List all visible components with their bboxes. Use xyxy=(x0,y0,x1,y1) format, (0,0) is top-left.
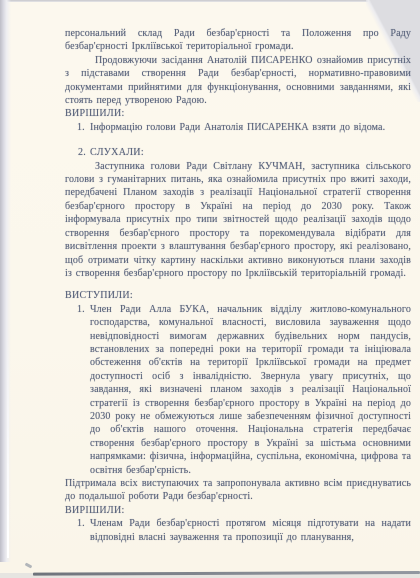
vertical-spacer xyxy=(65,134,411,146)
paragraph-continuation: персональний склад Ради безбар'єрності т… xyxy=(65,27,411,54)
list-marker: 1. xyxy=(77,517,90,544)
resolved-2-item: 1. Членам Ради безбар'єрності протягом м… xyxy=(65,517,411,544)
document-body: персональний склад Ради безбар'єрності т… xyxy=(65,27,411,544)
list-item-text: Інформацію голови Ради Анатолія ПИСАРЕНК… xyxy=(90,121,411,134)
list-item-text: Член Ради Алла БУКА, начальник відділу ж… xyxy=(90,303,411,477)
heading-spoke: ВИСТУПИЛИ: xyxy=(65,289,411,302)
list-item-text: Членам Ради безбар'єрності протягом міся… xyxy=(90,517,411,544)
scan-left-edge xyxy=(0,0,11,562)
scan-left-edge-highlight xyxy=(7,330,9,558)
heading-resolved-2: ВИРІШИЛИ: xyxy=(65,504,411,517)
scanned-page: персональний склад Ради безбар'єрності т… xyxy=(0,0,420,578)
heading-heard: 2. СЛУХАЛИ: xyxy=(78,146,411,159)
heading-resolved-1: ВИРІШИЛИ: xyxy=(65,107,411,120)
paragraph-spoke-closing: Підтримала всіх виступаючих та запропону… xyxy=(65,477,411,504)
list-marker: 1. xyxy=(77,303,90,477)
scan-top-edge xyxy=(0,0,420,2)
list-marker: 1. xyxy=(77,121,90,134)
spoke-item: 1. Член Ради Алла БУКА, начальник відділ… xyxy=(65,303,411,477)
paragraph-heard: Заступника голови Ради Світлану КУЧМАН, … xyxy=(65,160,411,281)
paragraph-session-intro: Продовжуючи засідання Анатолій ПИСАРЕНКО… xyxy=(65,54,411,108)
vertical-spacer xyxy=(65,280,411,289)
resolved-1-item: 1. Інформацію голови Ради Анатолія ПИСАР… xyxy=(65,121,411,134)
